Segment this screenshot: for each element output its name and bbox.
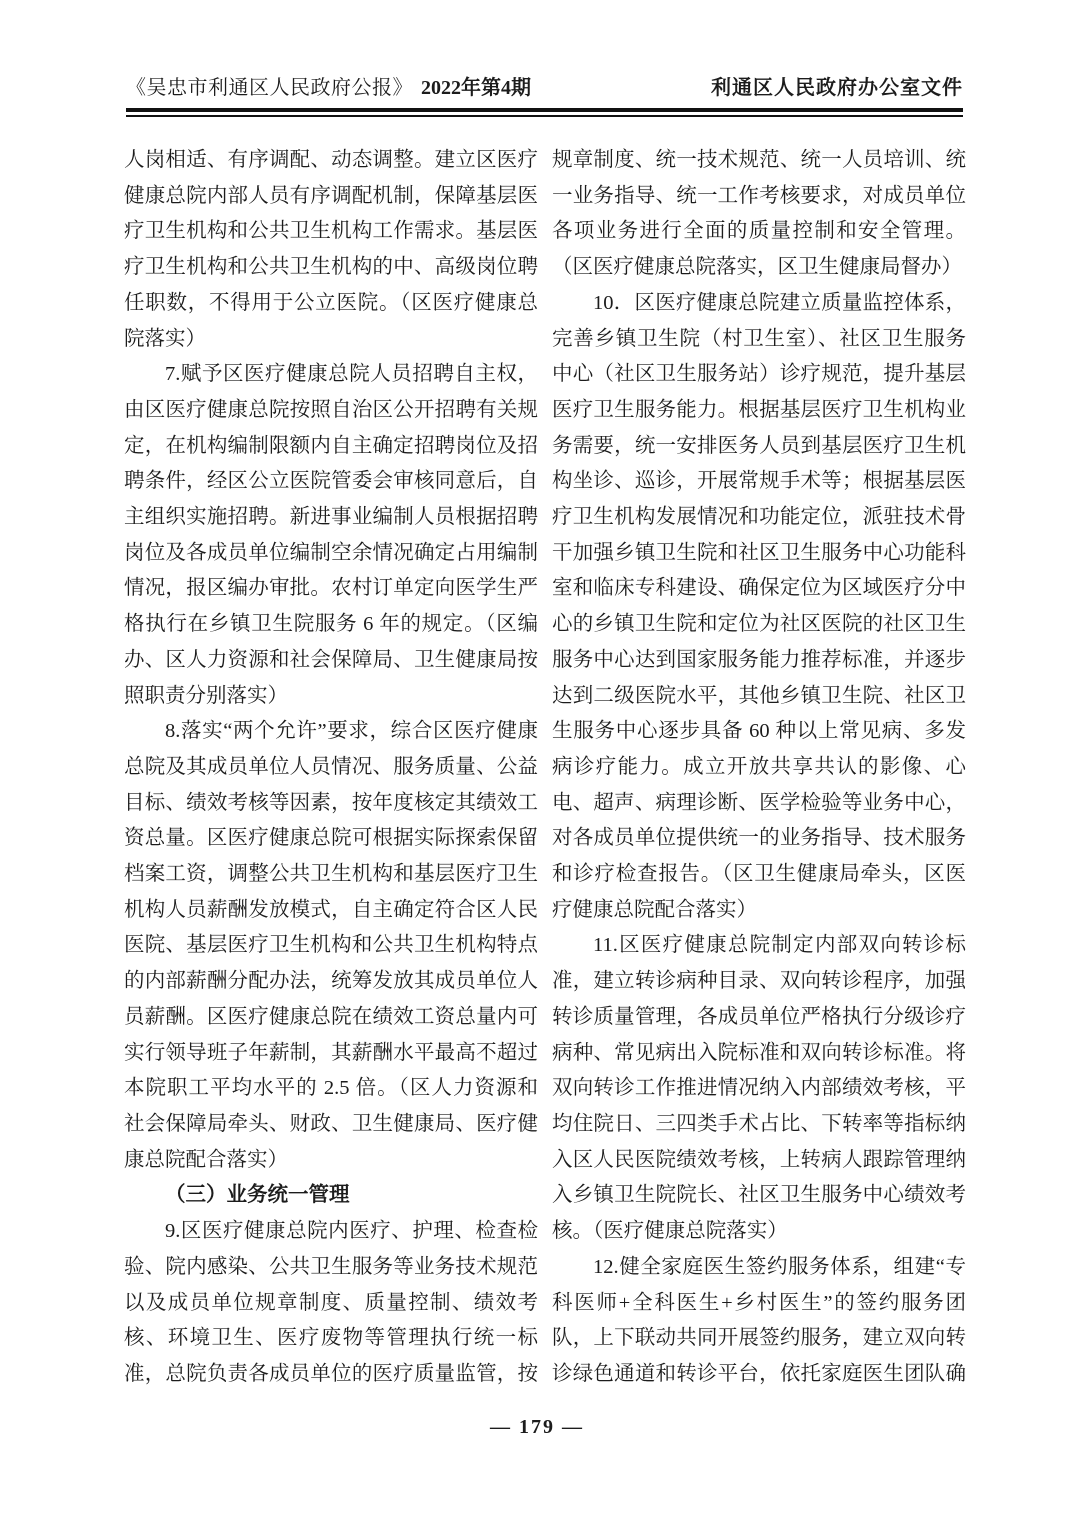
paragraph: 规章制度、统一技术规范、统一人员培训、统一业务指导、统一工作考核要求，对成员单位… <box>552 143 966 286</box>
paragraph: 10．区医疗健康总院建立质量监控体系，完善乡镇卫生院（村卫生室）、社区卫生服务中… <box>552 286 966 929</box>
left-column: 人岗相适、有序调配、动态调整。建立区医疗健康总院内部人员有序调配机制，保障基层医… <box>124 143 538 1395</box>
header-row: 《吴忠市利通区人民政府公报》 2022年第4期 利通区人民政府办公室文件 <box>126 76 963 100</box>
gazette-page: 《吴忠市利通区人民政府公报》 2022年第4期 利通区人民政府办公室文件 人岗相… <box>0 0 1074 1520</box>
paragraph: 7.赋予区医疗健康总院人员招聘自主权，由区医疗健康总院按照自治区公开招聘有关规定… <box>124 357 538 714</box>
paragraph: 11.区医疗健康总院制定内部双向转诊标准，建立转诊病种目录、双向转诊程序，加强转… <box>552 928 966 1249</box>
gazette-title: 《吴忠市利通区人民政府公报》 <box>126 76 413 100</box>
document-source: 利通区人民政府办公室文件 <box>711 76 963 100</box>
paragraph: 8.落实“两个允许”要求，综合区医疗健康总院及其成员单位人员情况、服务质量、公益… <box>124 714 538 1178</box>
right-column: 规章制度、统一技术规范、统一人员培训、统一业务指导、统一工作考核要求，对成员单位… <box>552 143 966 1395</box>
paragraph: 9.区医疗健康总院内医疗、护理、检查检验、院内感染、公共卫生服务等业务技术规范以… <box>124 1214 538 1395</box>
section-heading: （三）业务统一管理 <box>124 1178 538 1214</box>
paragraph: 12.健全家庭医生签约服务体系，组建“专科医师+全科医生+乡村医生”的签约服务团… <box>552 1250 966 1395</box>
page-header: 《吴忠市利通区人民政府公报》 2022年第4期 利通区人民政府办公室文件 <box>0 0 1074 117</box>
paragraph: 人岗相适、有序调配、动态调整。建立区医疗健康总院内部人员有序调配机制，保障基层医… <box>124 143 538 357</box>
page-footer: — 179 — <box>0 1416 1074 1439</box>
header-left-group: 《吴忠市利通区人民政府公报》 2022年第4期 <box>126 76 531 100</box>
page-number: — 179 — <box>490 1416 584 1438</box>
issue-number: 2022年第4期 <box>421 76 531 100</box>
header-rule <box>126 108 963 117</box>
document-body: 人岗相适、有序调配、动态调整。建立区医疗健康总院内部人员有序调配机制，保障基层医… <box>0 117 1074 1395</box>
